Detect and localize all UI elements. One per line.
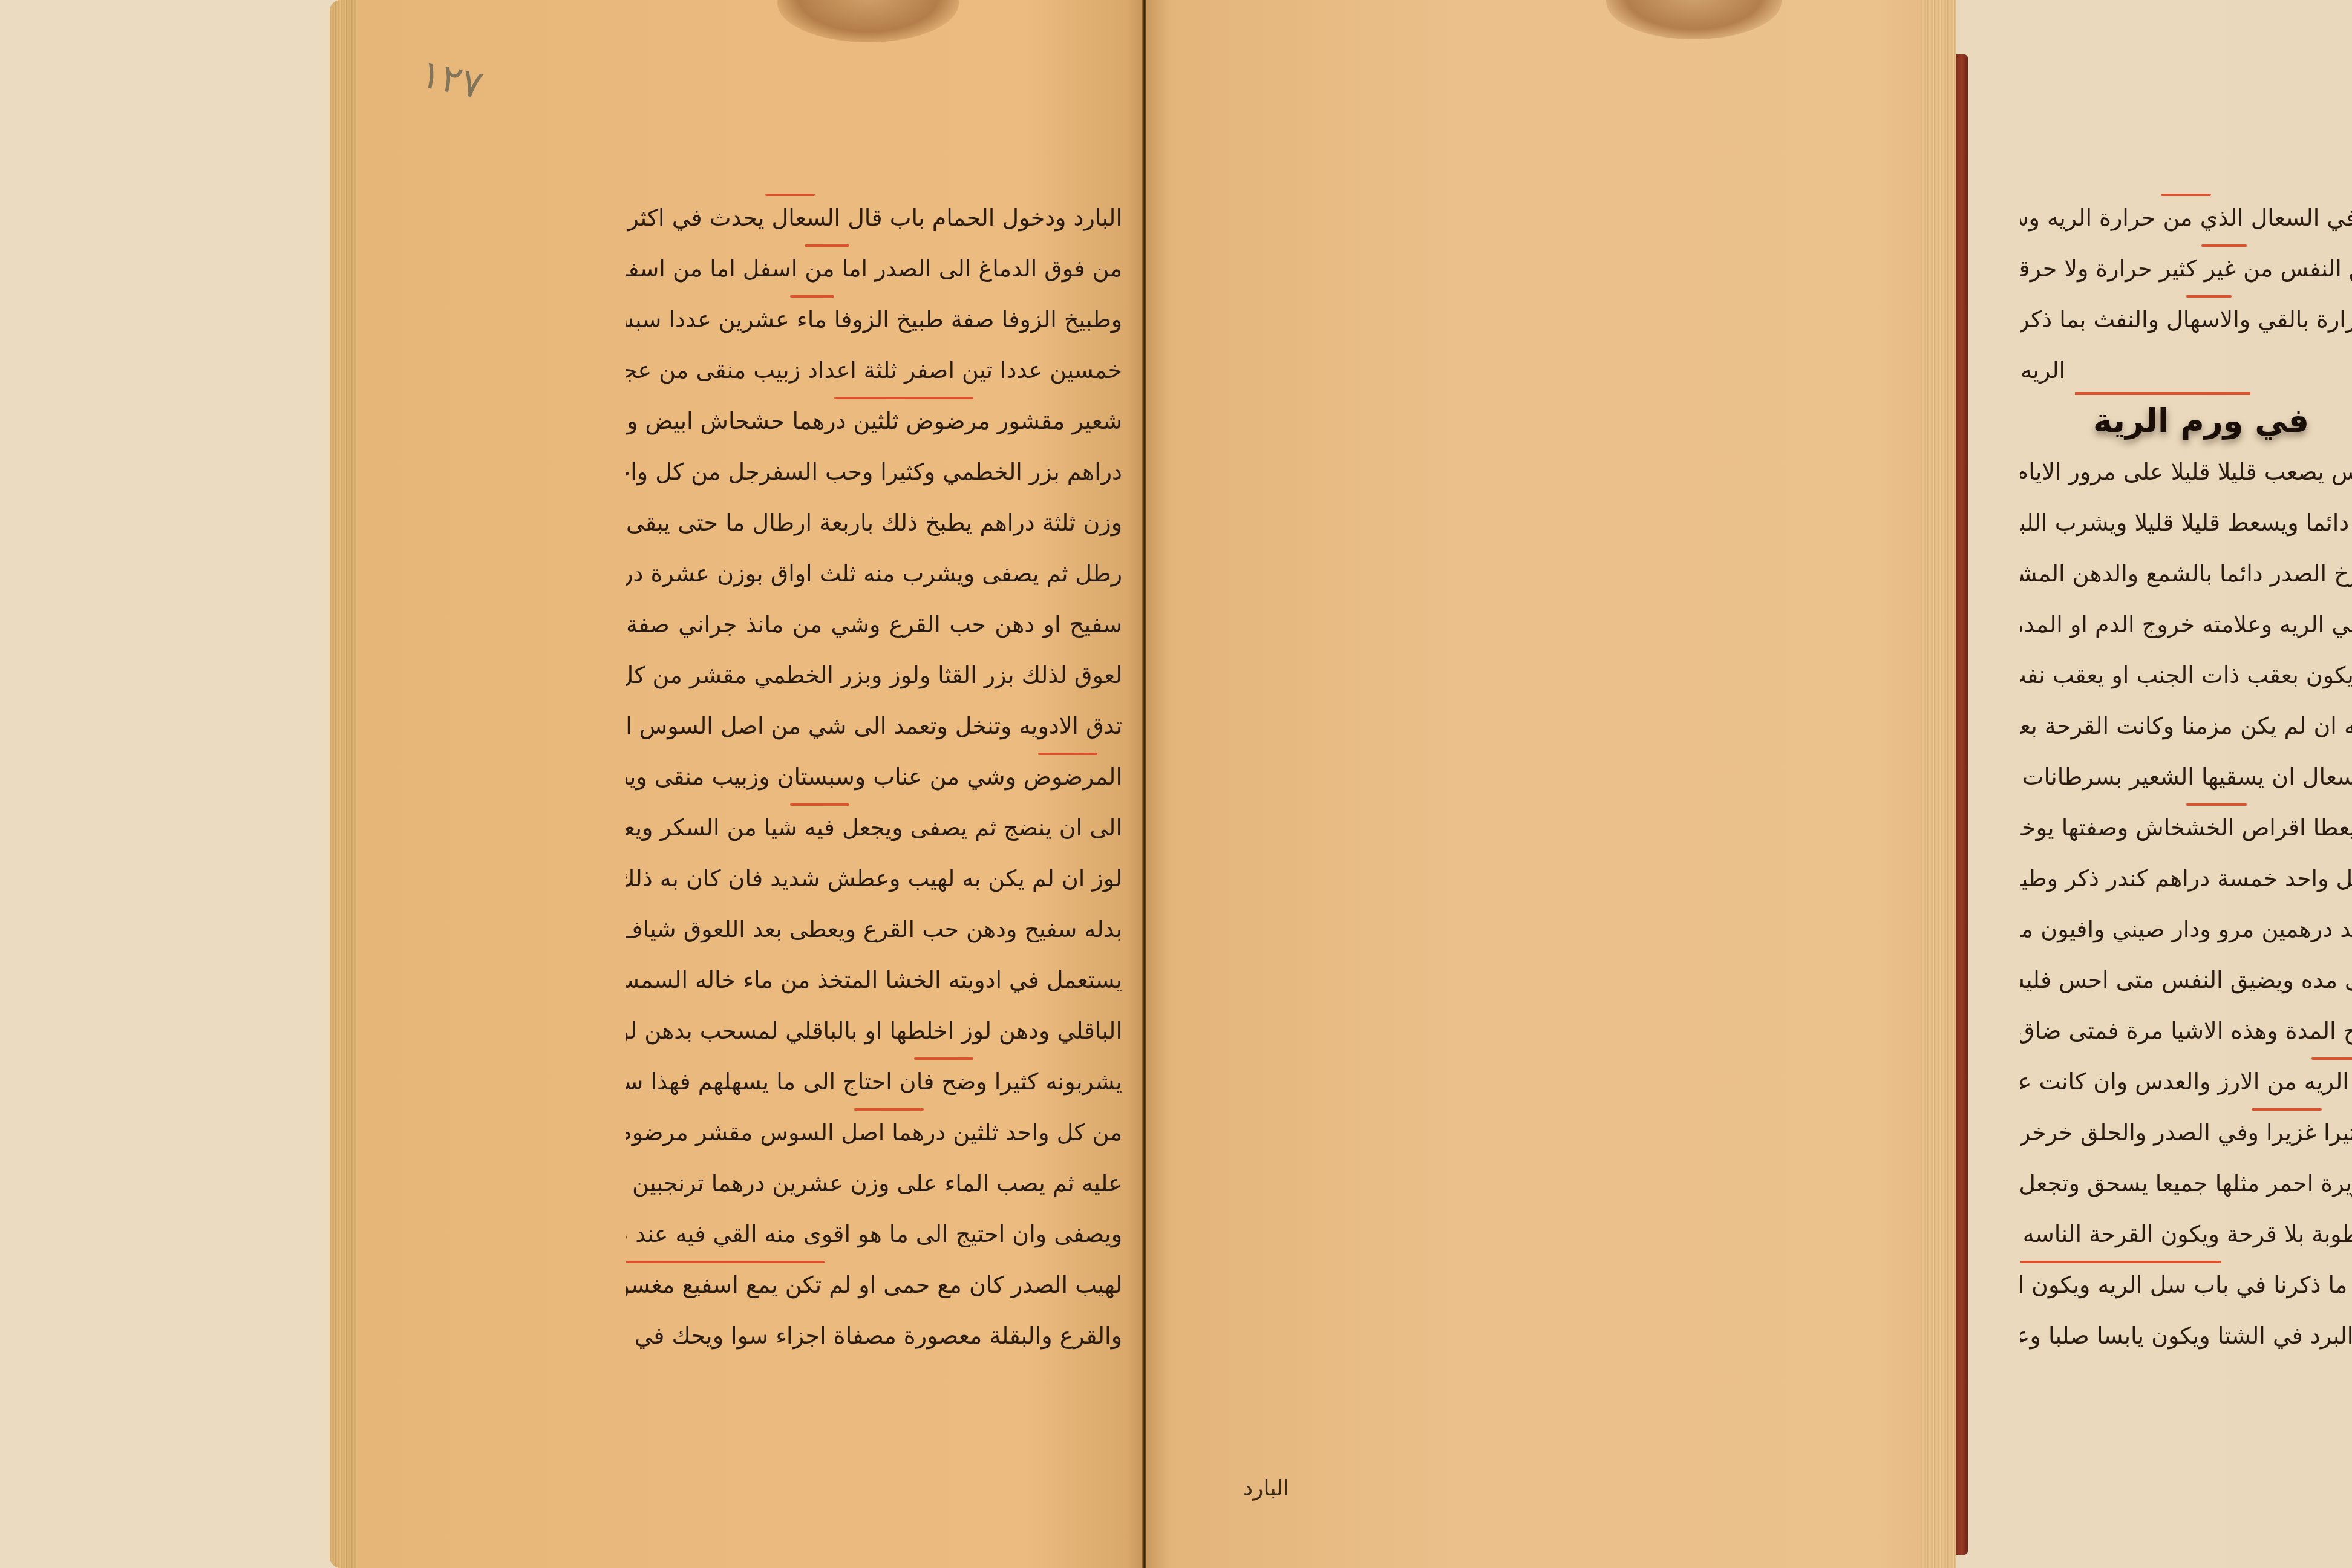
- rubric-overline: [790, 295, 835, 298]
- manuscript-line: لم يضيق نفسه وليعطا اقراص الخشخاش وصفتها…: [2020, 802, 2352, 853]
- gutter: [1142, 0, 1146, 1568]
- rubric-overline: [790, 803, 849, 806]
- manuscript-line: حمى دقيقة وعلاجه ان لم يكن مزمنا وكانت ا…: [2020, 701, 2352, 751]
- manuscript-line: يشربونه كثيرا وضح فان احتاج الى ما يسهله…: [626, 1056, 1122, 1107]
- manuscript-line: عند النفث وكان كثيرا غزيرا وفي الصدر وال…: [2020, 1107, 2352, 1158]
- rubric-overline: [765, 194, 815, 196]
- manuscript-line: قد ذكرنا فيما يخرج المدة وهذه الاشيا مرة…: [2020, 1005, 2352, 1056]
- rubric-overline: [2020, 1261, 2221, 1263]
- manuscript-line: يستعمل في ادويته الخشا المتخذ من ماء خال…: [626, 955, 1122, 1005]
- rubric-overline: [854, 1108, 924, 1111]
- manuscript-line: السعال الكثير الرطوبة بلا قرحة ويكون الق…: [2020, 1209, 2352, 1259]
- right-page: العلاج الذي ذكرنا في السعال الذي من حرار…: [1146, 0, 1939, 1568]
- manuscript-line: البارد ودخول الحمام باب قال السعال يحدث …: [626, 192, 1122, 243]
- manuscript-line: بدله سفيح ودهن حب القرع ويعطى بعد اللعوق…: [626, 904, 1122, 955]
- manuscript-line: له حسا دقيق ويمرخ الصدر دائما بالشمع وال…: [2020, 548, 2352, 599]
- folio-number: ١٢٧: [416, 51, 486, 108]
- right-page-text: العلاج الذي ذكرنا في السعال الذي من حرار…: [2020, 192, 2352, 1361]
- rubric-overline: [914, 1057, 973, 1060]
- manuscript-line: سفيح او دهن حب القرع وشي من مانذ جراني ص…: [626, 599, 1122, 650]
- manuscript-line: العلاج الذي ذكرنا في السعال الذي من حرار…: [2020, 192, 2352, 243]
- leather-cover-edge: [1956, 54, 1968, 1555]
- left-page: ١٢٧ البارد ودخول الحمام باب قال السعال ي…: [357, 0, 1143, 1568]
- section-heading-line: في ورم الريةرطوبة الريه: [2020, 396, 2352, 446]
- rubric-overline: [1038, 753, 1097, 755]
- rubric-overline: [626, 1261, 825, 1263]
- manuscript-line: لهيب الصدر كان مع حمى او لم تكن يمع اسفي…: [626, 1259, 1122, 1310]
- rubric-overline: [2201, 244, 2247, 247]
- manuscript-line: وطبيخ الزوفا صفة طبيخ الزوفا ماء عشرين ع…: [626, 294, 1122, 345]
- manuscript-line: سقي اللبن وجميع ما ذكرنا في باب سل الريه…: [2020, 1259, 2352, 1310]
- manuscript-line: لوز ان لم يكن به لهيب وعطش شديد فان كان …: [626, 853, 1122, 904]
- manuscript-line: من كل واحد ثلثين درهما اصل السوس مقشر مر…: [626, 1107, 1122, 1158]
- open-manuscript: ١٢٧ البارد ودخول الحمام باب قال السعال ي…: [330, 0, 1970, 1568]
- manuscript-line: وكندر بالسوية وذريرة احمر مثلها جميعا يس…: [2020, 1158, 2352, 1209]
- rubric-overline: [2161, 194, 2211, 196]
- manuscript-line: عليه ثم يصب الماء على وزن عشرين درهما تر…: [626, 1158, 1122, 1209]
- manuscript-line: لعوق لذلك بزر القثا ولوز وبزر الخطمي مقش…: [626, 650, 1122, 701]
- manuscript-line: خمسين عددا تين اصفر ثلثة اعداد زبيب منقى…: [626, 345, 1122, 396]
- manuscript-line: والدم يخرج في السعال ان يسقيها الشعير بس…: [2020, 751, 2352, 802]
- left-page-text: البارد ودخول الحمام باب قال السعال يحدث …: [626, 192, 1122, 1361]
- rubric-overline: [2186, 295, 2232, 298]
- manuscript-line: المرضوض وشي من عناب وسبستان وزبيب منقى و…: [626, 751, 1122, 802]
- manuscript-line: تدق الادويه وتنخل وتعمد الى شي من اصل ال…: [626, 701, 1122, 751]
- manuscript-line: والقرع والبقلة معصورة مصفاة اجزاء سوا وي…: [626, 1310, 1122, 1361]
- manuscript-line: رب السوس من كل واحد خمسة دراهم كندر ذكر …: [2020, 853, 2352, 904]
- manuscript-line: ويكون من قرحة في الريه وعلامته خروج الدم…: [2020, 599, 2352, 650]
- manuscript-line: رطل ثم يصفى ويشرب منه ثلث اواق بوزن عشرة…: [626, 548, 1122, 599]
- manuscript-line: شعير مقشور مرضوض ثلثين درهما حشحاش ابيض …: [626, 396, 1122, 446]
- manuscript-line: دراهم بزر الخطمي وكثيرا وحب السفرجل من ك…: [626, 446, 1122, 497]
- manuscript-line: سكن الحمى والحرارة بالقي والاسهال والنفث…: [2020, 294, 2352, 345]
- rubric-overline: [2075, 392, 2250, 395]
- manuscript-line: وعلامته شدة ضيق النفس من غير كثير حرارة …: [2020, 243, 2352, 294]
- rubric-overline: [2311, 1057, 2352, 1060]
- manuscript-line: الى ان ينضج ثم يصفى ويجعل فيه شيا من الس…: [626, 802, 1122, 853]
- manuscript-line: وكهربا من كل واحد درهمين مرو ودار صيني و…: [2020, 904, 2352, 955]
- rubric-overline: [805, 244, 849, 247]
- manuscript-line: وزن ثلثة دراهم يطبخ ذلك باربعة ارطال ما …: [626, 497, 1122, 548]
- catchword: البارد: [1243, 1476, 1289, 1501]
- rubric-overline: [2186, 803, 2247, 806]
- rubric-overline: [2252, 1108, 2322, 1111]
- manuscript-line: انه يهيج عند شدة البرد في الشتا ويكون يا…: [2020, 1310, 2352, 1361]
- manuscript-line: الباقلي ودهن لوز اخلطها او بالباقلي لمسح…: [626, 1005, 1122, 1056]
- manuscript-line: من فوق الدماغ الى الصدر اما من اسفل اما …: [626, 243, 1122, 294]
- manuscript-line: ويصفى وان احتيج الى ما هو اقوى منه القي …: [626, 1209, 1122, 1259]
- right-fore-edge: [1921, 0, 1956, 1568]
- rubric-overline: [834, 397, 973, 399]
- manuscript-line: في السعال او ان يكون بعقب ذات الجنب او ي…: [2020, 650, 2352, 701]
- manuscript-line: في فيه دهن اللوز دائما ويسعط قليلا قليلا…: [2020, 497, 2352, 548]
- manuscript-line: مزمنة وكان الحمى مده ويضيق النفس متى احس…: [2020, 955, 2352, 1005]
- section-heading: في ورم الرية: [2093, 396, 2309, 446]
- manuscript-line: رطوبة الريه: [2020, 345, 2352, 396]
- manuscript-line: العليل بضايق النفس يصعب قليلا قليلا على …: [2020, 446, 2352, 497]
- manuscript-line: الذرور الذي لمس الريه من الارز والعدس وا…: [2020, 1056, 2352, 1107]
